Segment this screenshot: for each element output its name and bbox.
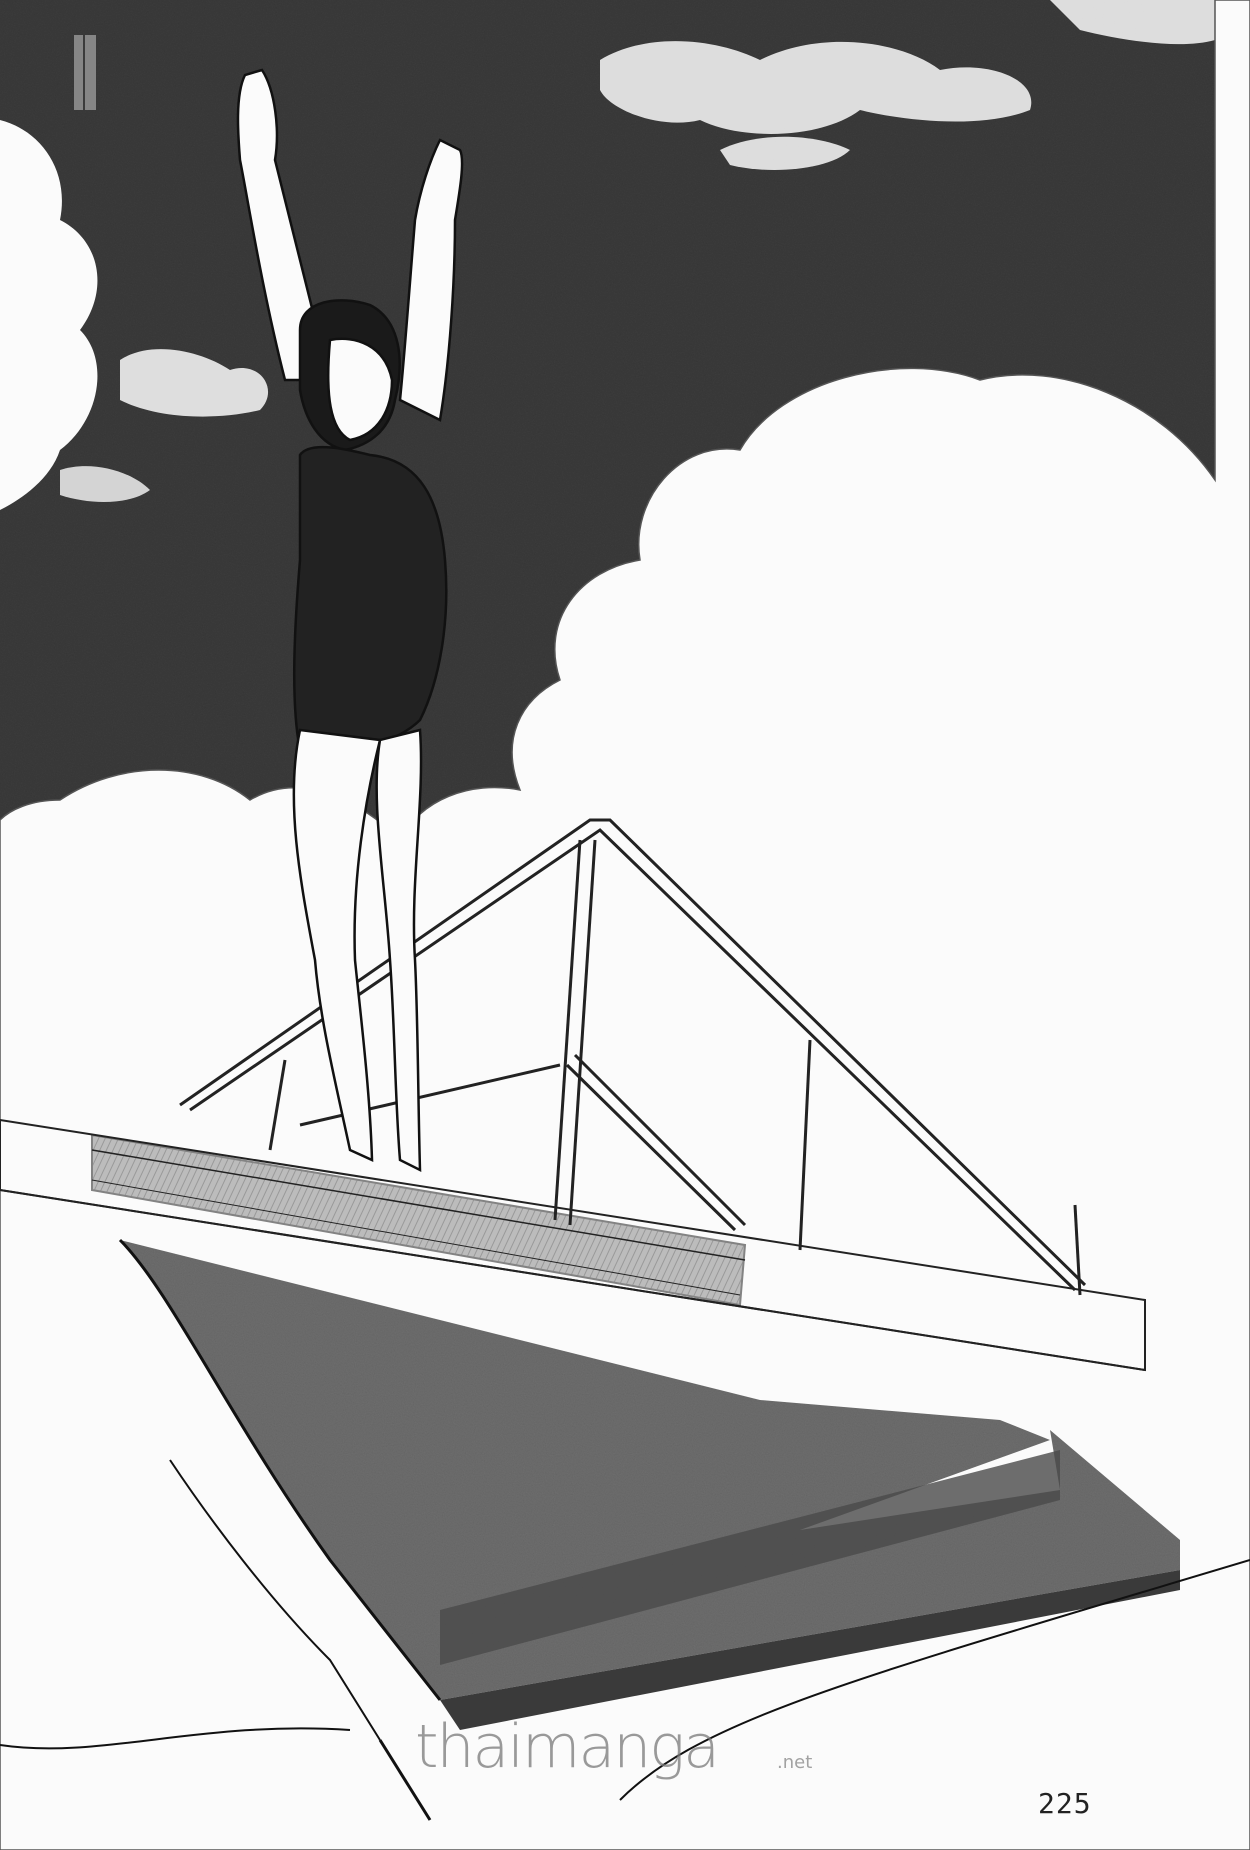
manga-page: thaimanga .net 225 bbox=[0, 0, 1250, 1850]
watermark: thaimanga bbox=[415, 1712, 718, 1782]
illustration bbox=[0, 0, 1250, 1850]
margin-marker bbox=[74, 35, 96, 110]
watermark-suffix: .net bbox=[777, 1752, 812, 1773]
page-number: 225 bbox=[1038, 1787, 1092, 1820]
